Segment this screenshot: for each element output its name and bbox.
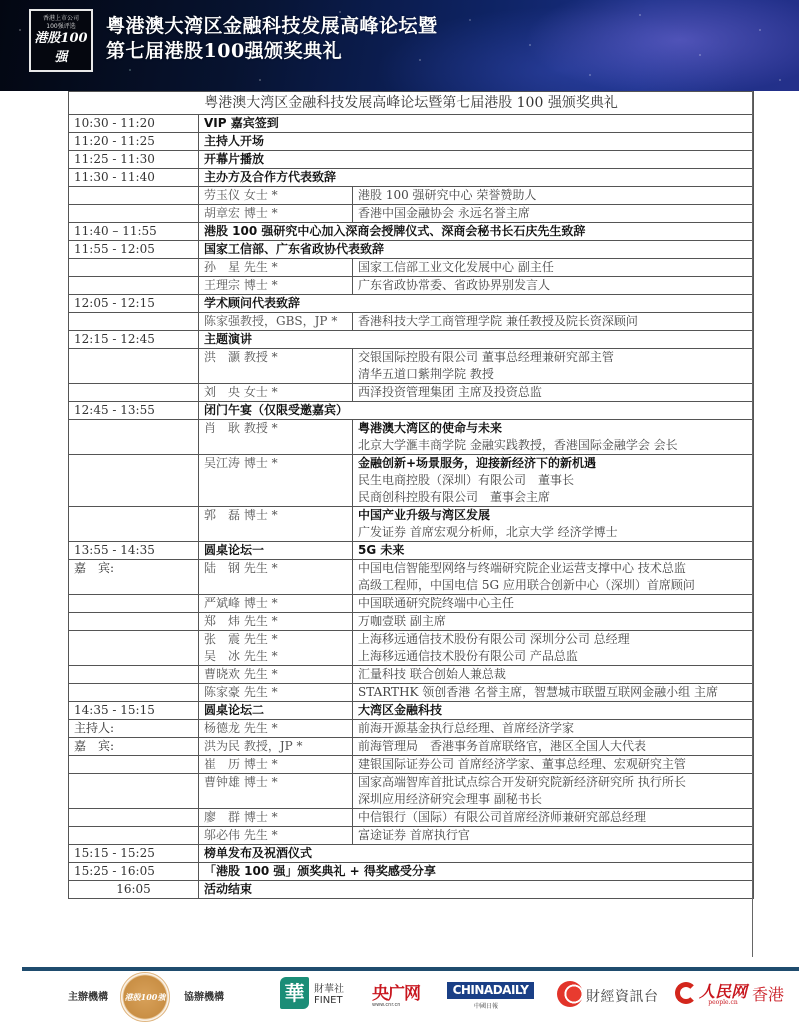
table-right-border xyxy=(752,91,753,957)
speaker-title-line: 中国联通研究院终端中心主任 xyxy=(358,595,748,612)
speaker-title-line: 前海开源基金执行总经理、首席经济学家 xyxy=(358,720,748,737)
table-row: 曹钟雄 博士 *国家高端智库首批试点综合开发研究院新经济研究所 执行所长深圳应用… xyxy=(69,774,754,809)
speaker-name-line: 张 震 先生 * xyxy=(204,631,347,648)
table-row: 11:25 - 11:30开幕片播放 xyxy=(69,151,754,169)
speaker-title-line: 富途证券 首席执行官 xyxy=(358,827,748,844)
speaker-title-line: 北京大学滙丰商学院 金融实践教授，香港国际金融学会 会长 xyxy=(358,437,748,454)
agenda-item: VIP 嘉宾签到 xyxy=(199,115,754,133)
caijing-logo-icon xyxy=(557,981,583,1007)
speaker-title-line: 上海移远通信技术股份有限公司 产品总监 xyxy=(358,648,748,665)
speaker-description: 中国联通研究院终端中心主任 xyxy=(353,595,754,613)
speaker-name: 陈家豪 先生 * xyxy=(199,684,353,702)
role-cell xyxy=(69,666,199,684)
seal-text: 港股100強 xyxy=(125,992,166,1003)
table-row: 严斌峰 博士 *中国联通研究院终端中心主任 xyxy=(69,595,754,613)
speaker-name: 肖 耿 教授 * xyxy=(199,420,353,455)
speaker-description: 粤港澳大湾区的使命与未来北京大学滙丰商学院 金融实践教授，香港国际金融学会 会长 xyxy=(353,420,754,455)
speaker-description: 香港科技大学工商管理学院 兼任教授及院长资深顾问 xyxy=(353,313,754,331)
finet-cn: 財華社 xyxy=(314,984,344,995)
speaker-title-line: STARTHK 领创香港 名誉主席，智慧城市联盟互联网金融小组 主席 xyxy=(358,684,748,701)
table-row: 嘉 宾:洪为民 教授，JP *前海管理局 香港事务首席联络官，港区全国人大代表 xyxy=(69,738,754,756)
table-row: 10:30 - 11:20VIP 嘉宾签到 xyxy=(69,115,754,133)
table-row: 嘉 宾:陆 钢 先生 *中国电信智能型网络与终端研究院企业运营支撑中心 技术总监… xyxy=(69,560,754,595)
speaker-name: 胡章宏 博士 * xyxy=(199,205,353,223)
role-cell xyxy=(69,187,199,205)
role-cell xyxy=(69,613,199,631)
table-row: 郭 磊 博士 *中国产业升级与湾区发展广发证券 首席宏观分析师，北京大学 经济学… xyxy=(69,507,754,542)
time-cell: 15:25 - 16:05 xyxy=(69,863,199,881)
speaker-description: 中国产业升级与湾区发展广发证券 首席宏观分析师，北京大学 经济学博士 xyxy=(353,507,754,542)
speaker-description: 西泽投资管理集团 主席及投资总监 xyxy=(353,384,754,402)
speech-topic: 金融创新+场景服务，迎接新经济下的新机遇 xyxy=(358,455,748,472)
organizer-label: 主辦機構 xyxy=(68,988,108,1003)
role-cell xyxy=(69,507,199,542)
agenda-item: 榜单发布及祝酒仪式 xyxy=(199,845,754,863)
table-row: 11:30 - 11:40主办方及合作方代表致辞 xyxy=(69,169,754,187)
speaker-description: 港股 100 强研究中心 荣誉赞助人 xyxy=(353,187,754,205)
agenda-item: 开幕片播放 xyxy=(199,151,754,169)
speaker-name: 郭 磊 博士 * xyxy=(199,507,353,542)
agenda-item: 主办方及合作方代表致辞 xyxy=(199,169,754,187)
speaker-name: 陈家强教授，GBS，JP * xyxy=(199,313,353,331)
finet-en: FINET xyxy=(314,995,344,1006)
speaker-description: 万咖壹联 副主席 xyxy=(353,613,754,631)
role-cell xyxy=(69,420,199,455)
logo-caption-1: 香港上市公司 xyxy=(31,15,91,23)
speaker-description: 国家高端智库首批试点综合开发研究院新经济研究所 执行所长深圳应用经济研究会理事 … xyxy=(353,774,754,809)
role-cell xyxy=(69,827,199,845)
role-cell xyxy=(69,259,199,277)
speaker-name: 崔 历 博士 * xyxy=(199,756,353,774)
speaker-name: 曹钟雄 博士 * xyxy=(199,774,353,809)
people-logo-icon xyxy=(675,982,697,1004)
speaker-description: 前海管理局 香港事务首席联络官，港区全国人大代表 xyxy=(353,738,754,756)
table-row: 郑 炜 先生 *万咖壹联 副主席 xyxy=(69,613,754,631)
table-row: 16:05活动结束 xyxy=(69,881,754,899)
people-logo-text: 人民网 people.cn xyxy=(699,979,747,1006)
speech-topic: 中国产业升级与湾区发展 xyxy=(358,507,748,524)
chinadaily-logo: CHINADAILY xyxy=(447,982,534,999)
banner-title-line-2: 第七届港股100强颁奖典礼 xyxy=(106,39,438,64)
speaker-title-line: 香港中国金融协会 永远名誉主席 xyxy=(358,205,748,222)
speaker-name: 曹晓欢 先生 * xyxy=(199,666,353,684)
speaker-name: 廖 群 博士 * xyxy=(199,809,353,827)
panel-name: 圆桌论坛二 xyxy=(199,702,353,720)
speaker-title-line: 清华五道口紫荆学院 教授 xyxy=(358,366,748,383)
speaker-description: 富途证券 首席执行官 xyxy=(353,827,754,845)
role-cell xyxy=(69,349,199,384)
speaker-title-line: 深圳应用经济研究会理事 副秘书长 xyxy=(358,791,748,808)
role-cell xyxy=(69,809,199,827)
speaker-title-line: 民商创科控股有限公司 董事会主席 xyxy=(358,489,748,506)
agenda-item: 闭门午宴（仅限受邀嘉宾） xyxy=(199,402,754,420)
time-cell: 11:20 - 11:25 xyxy=(69,133,199,151)
speaker-description: 香港中国金融协会 永远名誉主席 xyxy=(353,205,754,223)
time-cell: 12:45 - 13:55 xyxy=(69,402,199,420)
time-cell: 11:55 - 12:05 xyxy=(69,241,199,259)
banner-title-line-1: 粤港澳大湾区金融科技发展高峰论坛暨 xyxy=(106,14,438,39)
table-row: 王理宗 博士 *广东省政协常委、省政协界别发言人 xyxy=(69,277,754,295)
speaker-description: 中国电信智能型网络与终端研究院企业运营支撑中心 技术总监高级工程师，中国电信 5… xyxy=(353,560,754,595)
finet-logo-text: 財華社 FINET xyxy=(314,984,344,1006)
speaker-title-line: 广发证券 首席宏观分析师，北京大学 经济学博士 xyxy=(358,524,748,541)
agenda-item: 活动结束 xyxy=(199,881,754,899)
agenda-item: 学术顾问代表致辞 xyxy=(199,295,754,313)
logo-wordmark: 港股100强 xyxy=(31,27,91,65)
table-row: 陈家强教授，GBS，JP *香港科技大学工商管理学院 兼任教授及院长资深顾问 xyxy=(69,313,754,331)
role-cell: 主持人: xyxy=(69,720,199,738)
role-cell xyxy=(69,631,199,666)
role-cell xyxy=(69,277,199,295)
speaker-description: 建银国际证券公司 首席经济学家、董事总经理、宏观研究主管 xyxy=(353,756,754,774)
speaker-title-line: 中信银行（国际）有限公司首席经济师兼研究部总经理 xyxy=(358,809,748,826)
table-row: 洪 灏 教授 *交银国际控股有限公司 董事总经理兼研究部主管清华五道口紫荆学院 … xyxy=(69,349,754,384)
people-hk-text: 香港 xyxy=(752,982,784,1005)
table-row: 张 震 先生 *吴 冰 先生 *上海移远通信技术股份有限公司 深圳分公司 总经理… xyxy=(69,631,754,666)
panel-topic: 5G 未来 xyxy=(353,542,754,560)
table-row: 11:40 – 11:55港股 100 强研究中心加入深商会授牌仪式、深商会秘书… xyxy=(69,223,754,241)
role-cell xyxy=(69,595,199,613)
time-cell: 14:35 - 15:15 xyxy=(69,702,199,720)
caijing-logo-text: 財經資訊台 xyxy=(586,986,659,1006)
role-cell xyxy=(69,684,199,702)
table-row: 吴江涛 博士 *金融创新+场景服务，迎接新经济下的新机遇民生电商控股（深圳）有限… xyxy=(69,455,754,507)
time-cell: 10:30 - 11:20 xyxy=(69,115,199,133)
table-row: 12:05 - 12:15学术顾问代表致辞 xyxy=(69,295,754,313)
role-cell xyxy=(69,756,199,774)
role-cell xyxy=(69,774,199,809)
speaker-name: 郑 炜 先生 * xyxy=(199,613,353,631)
table-row: 15:25 - 16:05「港股 100 强」颁奖典礼 + 得奖感受分享 xyxy=(69,863,754,881)
table-row: 15:15 - 15:25榜单发布及祝酒仪式 xyxy=(69,845,754,863)
speaker-name-line: 吴 冰 先生 * xyxy=(204,648,347,665)
speaker-title-line: 国家高端智库首批试点综合开发研究院新经济研究所 执行所长 xyxy=(358,774,748,791)
speaker-description: STARTHK 领创香港 名誉主席，智慧城市联盟互联网金融小组 主席 xyxy=(353,684,754,702)
table-row: 胡章宏 博士 *香港中国金融协会 永远名誉主席 xyxy=(69,205,754,223)
table-row: 刘 央 女士 *西泽投资管理集团 主席及投资总监 xyxy=(69,384,754,402)
agenda-item: 「港股 100 强」颁奖典礼 + 得奖感受分享 xyxy=(199,863,754,881)
speaker-name: 邬必伟 先生 * xyxy=(199,827,353,845)
hk100-seal-logo: 港股100強 xyxy=(120,972,170,1022)
speaker-title-line: 民生电商控股（深圳）有限公司 董事长 xyxy=(358,472,748,489)
speaker-title-line: 西泽投资管理集团 主席及投资总监 xyxy=(358,384,748,401)
speaker-description: 中信银行（国际）有限公司首席经济师兼研究部总经理 xyxy=(353,809,754,827)
role-cell xyxy=(69,455,199,507)
role-cell xyxy=(69,205,199,223)
speaker-title-line: 汇量科技 联合创始人兼总裁 xyxy=(358,666,748,683)
speech-topic: 粤港澳大湾区的使命与未来 xyxy=(358,420,748,437)
table-row: 邬必伟 先生 *富途证券 首席执行官 xyxy=(69,827,754,845)
speaker-name: 刘 央 女士 * xyxy=(199,384,353,402)
speaker-title-line: 上海移远通信技术股份有限公司 深圳分公司 总经理 xyxy=(358,631,748,648)
cnr-name: 央广网 xyxy=(372,984,420,1004)
schedule-table: 粤港澳大湾区金融科技发展高峰论坛暨第七届港股 100 强颁奖典礼 10:30 -… xyxy=(68,91,754,899)
footer-divider xyxy=(22,967,799,971)
speaker-description: 上海移远通信技术股份有限公司 深圳分公司 总经理上海移远通信技术股份有限公司 产… xyxy=(353,631,754,666)
role-cell xyxy=(69,313,199,331)
speaker-title-line: 建银国际证券公司 首席经济学家、董事总经理、宏观研究主管 xyxy=(358,756,748,773)
cnr-logo: 央广网 www.cnr.cn xyxy=(372,979,420,1008)
table-row: 崔 历 博士 *建银国际证券公司 首席经济学家、董事总经理、宏观研究主管 xyxy=(69,756,754,774)
table-row: 肖 耿 教授 *粤港澳大湾区的使命与未来北京大学滙丰商学院 金融实践教授，香港国… xyxy=(69,420,754,455)
agenda-item: 主持人开场 xyxy=(199,133,754,151)
speaker-name: 陆 钢 先生 * xyxy=(199,560,353,595)
speaker-title-line: 香港科技大学工商管理学院 兼任教授及院长资深顾问 xyxy=(358,313,748,330)
table-row: 14:35 - 15:15圆桌论坛二大湾区金融科技 xyxy=(69,702,754,720)
speaker-description: 金融创新+场景服务，迎接新经济下的新机遇民生电商控股（深圳）有限公司 董事长民商… xyxy=(353,455,754,507)
agenda-item: 国家工信部、广东省政协代表致辞 xyxy=(199,241,754,259)
banner-title: 粤港澳大湾区金融科技发展高峰论坛暨 第七届港股100强颁奖典礼 xyxy=(106,14,438,64)
role-cell xyxy=(69,384,199,402)
co-organizer-label: 協辦機構 xyxy=(184,988,224,1003)
speaker-description: 交银国际控股有限公司 董事总经理兼研究部主管清华五道口紫荆学院 教授 xyxy=(353,349,754,384)
finet-logo-icon: 華 xyxy=(280,977,309,1009)
agenda-item: 港股 100 强研究中心加入深商会授牌仪式、深商会秘书长石庆先生致辞 xyxy=(199,223,754,241)
table-row: 13:55 - 14:35圆桌论坛一5G 未来 xyxy=(69,542,754,560)
speaker-description: 国家工信部工业文化发展中心 副主任 xyxy=(353,259,754,277)
speaker-name: 劳玉仪 女士 * xyxy=(199,187,353,205)
hk100-logo: 香港上市公司 100强评选 港股100强 xyxy=(29,9,93,72)
role-cell: 嘉 宾: xyxy=(69,738,199,756)
schedule-title: 粤港澳大湾区金融科技发展高峰论坛暨第七届港股 100 强颁奖典礼 xyxy=(69,92,754,115)
speaker-description: 汇量科技 联合创始人兼总裁 xyxy=(353,666,754,684)
table-row: 劳玉仪 女士 *港股 100 强研究中心 荣誉赞助人 xyxy=(69,187,754,205)
speaker-description: 前海开源基金执行总经理、首席经济学家 xyxy=(353,720,754,738)
table-title-row: 粤港澳大湾区金融科技发展高峰论坛暨第七届港股 100 强颁奖典礼 xyxy=(69,92,754,115)
speaker-name: 洪 灏 教授 * xyxy=(199,349,353,384)
speaker-title-line: 交银国际控股有限公司 董事总经理兼研究部主管 xyxy=(358,349,748,366)
table-row: 11:20 - 11:25主持人开场 xyxy=(69,133,754,151)
panel-topic: 大湾区金融科技 xyxy=(353,702,754,720)
speaker-name: 杨德龙 先生 * xyxy=(199,720,353,738)
role-cell: 嘉 宾: xyxy=(69,560,199,595)
time-cell: 12:05 - 12:15 xyxy=(69,295,199,313)
table-row: 曹晓欢 先生 *汇量科技 联合创始人兼总裁 xyxy=(69,666,754,684)
time-cell: 11:40 – 11:55 xyxy=(69,223,199,241)
chinadaily-sub: 中國日報 xyxy=(474,1001,498,1010)
agenda-item: 主题演讲 xyxy=(199,331,754,349)
table-row: 孙 星 先生 *国家工信部工业文化发展中心 副主任 xyxy=(69,259,754,277)
table-row: 11:55 - 12:05国家工信部、广东省政协代表致辞 xyxy=(69,241,754,259)
table-row: 12:45 - 13:55闭门午宴（仅限受邀嘉宾） xyxy=(69,402,754,420)
speaker-title-line: 国家工信部工业文化发展中心 副主任 xyxy=(358,259,748,276)
time-cell: 13:55 - 14:35 xyxy=(69,542,199,560)
speaker-title-line: 万咖壹联 副主席 xyxy=(358,613,748,630)
table-row: 主持人:杨德龙 先生 *前海开源基金执行总经理、首席经济学家 xyxy=(69,720,754,738)
time-cell: 16:05 xyxy=(69,881,199,899)
table-row: 陈家豪 先生 *STARTHK 领创香港 名誉主席，智慧城市联盟互联网金融小组 … xyxy=(69,684,754,702)
speaker-name: 孙 星 先生 * xyxy=(199,259,353,277)
speaker-name: 王理宗 博士 * xyxy=(199,277,353,295)
time-cell: 15:15 - 15:25 xyxy=(69,845,199,863)
panel-name: 圆桌论坛一 xyxy=(199,542,353,560)
speaker-name: 张 震 先生 *吴 冰 先生 * xyxy=(199,631,353,666)
time-cell: 12:15 - 12:45 xyxy=(69,331,199,349)
table-row: 12:15 - 12:45主题演讲 xyxy=(69,331,754,349)
table-row: 廖 群 博士 *中信银行（国际）有限公司首席经济师兼研究部总经理 xyxy=(69,809,754,827)
speaker-description: 广东省政协常委、省政协界别发言人 xyxy=(353,277,754,295)
speaker-title-line: 中国电信智能型网络与终端研究院企业运营支撑中心 技术总监 xyxy=(358,560,748,577)
header-banner: 香港上市公司 100强评选 港股100强 粤港澳大湾区金融科技发展高峰论坛暨 第… xyxy=(0,0,799,91)
time-cell: 11:30 - 11:40 xyxy=(69,169,199,187)
speaker-title-line: 前海管理局 香港事务首席联络官，港区全国人大代表 xyxy=(358,738,748,755)
speaker-name: 洪为民 教授，JP * xyxy=(199,738,353,756)
speaker-title-line: 广东省政协常委、省政协界别发言人 xyxy=(358,277,748,294)
speaker-title-line: 高级工程师，中国电信 5G 应用联合创新中心（深圳）首席顾问 xyxy=(358,577,748,594)
speaker-title-line: 港股 100 强研究中心 荣誉赞助人 xyxy=(358,187,748,204)
speaker-name: 严斌峰 博士 * xyxy=(199,595,353,613)
speaker-name: 吴江涛 博士 * xyxy=(199,455,353,507)
time-cell: 11:25 - 11:30 xyxy=(69,151,199,169)
